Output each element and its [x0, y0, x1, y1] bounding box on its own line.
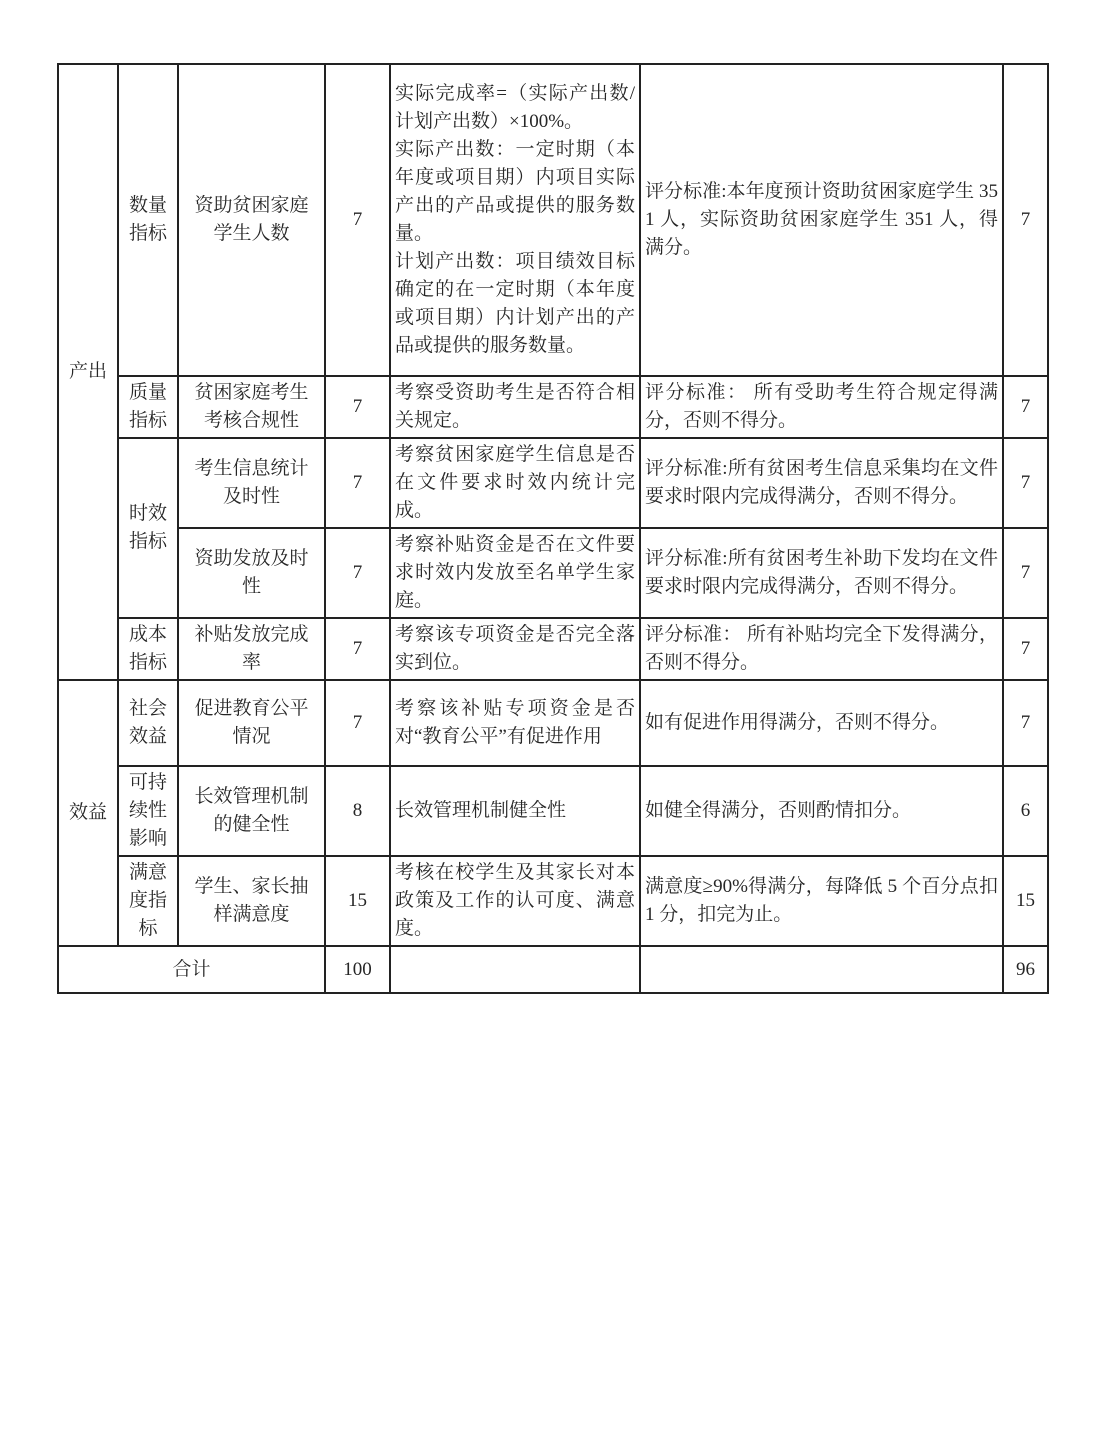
- description-cell: 考察该专项资金是否完全落实到位。: [390, 618, 640, 680]
- weight-cell: 7: [325, 618, 390, 680]
- criteria-cell: 评分标准： 所有受助考生符合规定得满分，否则不得分。: [640, 376, 1003, 438]
- score-cell: 15: [1003, 856, 1048, 946]
- indicator-name-cell: 学生、家长抽 样满意度: [178, 856, 325, 946]
- criteria-cell: 评分标准:本年度预计资助贫困家庭学生 351 人，实际资助贫困家庭学生 351 …: [640, 64, 1003, 376]
- weight-cell: 7: [325, 528, 390, 618]
- criteria-cell: 如健全得满分，否则酌情扣分。: [640, 766, 1003, 856]
- category-cell-benefit: 效益: [58, 680, 118, 946]
- table-row: 资助发放及时 性 7 考察补贴资金是否在文件要求时效内发放至名单学生家庭。 评分…: [58, 528, 1048, 618]
- indicator-name-cell: 补贴发放完成 率: [178, 618, 325, 680]
- description-cell: 长效管理机制健全性: [390, 766, 640, 856]
- score-cell: 7: [1003, 438, 1048, 528]
- description-cell: 实际完成率=（实际产出数/计划产出数）×100%。 实际产出数：一定时期（本年度…: [390, 64, 640, 376]
- score-cell: 7: [1003, 376, 1048, 438]
- category-cell-output: 产出: [58, 64, 118, 680]
- table-row: 可持 续性 影响 长效管理机制 的健全性 8 长效管理机制健全性 如健全得满分，…: [58, 766, 1048, 856]
- indicator-name-cell: 考生信息统计 及时性: [178, 438, 325, 528]
- weight-cell: 7: [325, 438, 390, 528]
- score-cell: 7: [1003, 64, 1048, 376]
- indicator-type-cell: 可持 续性 影响: [118, 766, 178, 856]
- description-cell: 考察补贴资金是否在文件要求时效内发放至名单学生家庭。: [390, 528, 640, 618]
- description-cell: 考核在校学生及其家长对本政策及工作的认可度、满意度。: [390, 856, 640, 946]
- score-cell: 7: [1003, 528, 1048, 618]
- indicator-type-cell: 社会 效益: [118, 680, 178, 766]
- weight-cell: 15: [325, 856, 390, 946]
- weight-cell: 7: [325, 376, 390, 438]
- description-cell: 考察贫困家庭学生信息是否在文件要求时效内统计完成。: [390, 438, 640, 528]
- document-page: 产出 数量 指标 资助贫困家庭 学生人数 7 实际完成率=（实际产出数/计划产出…: [0, 0, 1105, 1430]
- score-cell: 7: [1003, 618, 1048, 680]
- table-row: 时效 指标 考生信息统计 及时性 7 考察贫困家庭学生信息是否在文件要求时效内统…: [58, 438, 1048, 528]
- indicator-type-cell: 质量 指标: [118, 376, 178, 438]
- criteria-cell: 满意度≥90%得满分，每降低 5 个百分点扣 1 分，扣完为止。: [640, 856, 1003, 946]
- table-row: 成本 指标 补贴发放完成 率 7 考察该专项资金是否完全落实到位。 评分标准： …: [58, 618, 1048, 680]
- total-weight-cell: 100: [325, 946, 390, 993]
- weight-cell: 7: [325, 64, 390, 376]
- description-cell: 考察受资助考生是否符合相关规定。: [390, 376, 640, 438]
- score-cell: 7: [1003, 680, 1048, 766]
- weight-cell: 7: [325, 680, 390, 766]
- indicator-type-cell: 时效 指标: [118, 438, 178, 618]
- criteria-cell: 评分标准： 所有补贴均完全下发得满分，否则不得分。: [640, 618, 1003, 680]
- total-criteria-cell: [640, 946, 1003, 993]
- total-description-cell: [390, 946, 640, 993]
- total-row: 合计 100 96: [58, 946, 1048, 993]
- total-label-cell: 合计: [58, 946, 325, 993]
- weight-cell: 8: [325, 766, 390, 856]
- table-row: 产出 数量 指标 资助贫困家庭 学生人数 7 实际完成率=（实际产出数/计划产出…: [58, 64, 1048, 376]
- indicator-name-cell: 贫困家庭考生 考核合规性: [178, 376, 325, 438]
- total-score-cell: 96: [1003, 946, 1048, 993]
- performance-evaluation-table: 产出 数量 指标 资助贫困家庭 学生人数 7 实际完成率=（实际产出数/计划产出…: [57, 63, 1049, 994]
- table-row: 质量 指标 贫困家庭考生 考核合规性 7 考察受资助考生是否符合相关规定。 评分…: [58, 376, 1048, 438]
- indicator-type-cell: 满意 度指 标: [118, 856, 178, 946]
- score-cell: 6: [1003, 766, 1048, 856]
- table-row: 效益 社会 效益 促进教育公平 情况 7 考察该补贴专项资金是否对“教育公平”有…: [58, 680, 1048, 766]
- criteria-cell: 如有促进作用得满分，否则不得分。: [640, 680, 1003, 766]
- table-row: 满意 度指 标 学生、家长抽 样满意度 15 考核在校学生及其家长对本政策及工作…: [58, 856, 1048, 946]
- criteria-cell: 评分标准:所有贫困考生信息采集均在文件要求时限内完成得满分，否则不得分。: [640, 438, 1003, 528]
- indicator-name-cell: 资助贫困家庭 学生人数: [178, 64, 325, 376]
- indicator-name-cell: 资助发放及时 性: [178, 528, 325, 618]
- indicator-name-cell: 长效管理机制 的健全性: [178, 766, 325, 856]
- description-cell: 考察该补贴专项资金是否对“教育公平”有促进作用: [390, 680, 640, 766]
- criteria-cell: 评分标准:所有贫困考生补助下发均在文件要求时限内完成得满分，否则不得分。: [640, 528, 1003, 618]
- indicator-name-cell: 促进教育公平 情况: [178, 680, 325, 766]
- indicator-type-cell: 数量 指标: [118, 64, 178, 376]
- indicator-type-cell: 成本 指标: [118, 618, 178, 680]
